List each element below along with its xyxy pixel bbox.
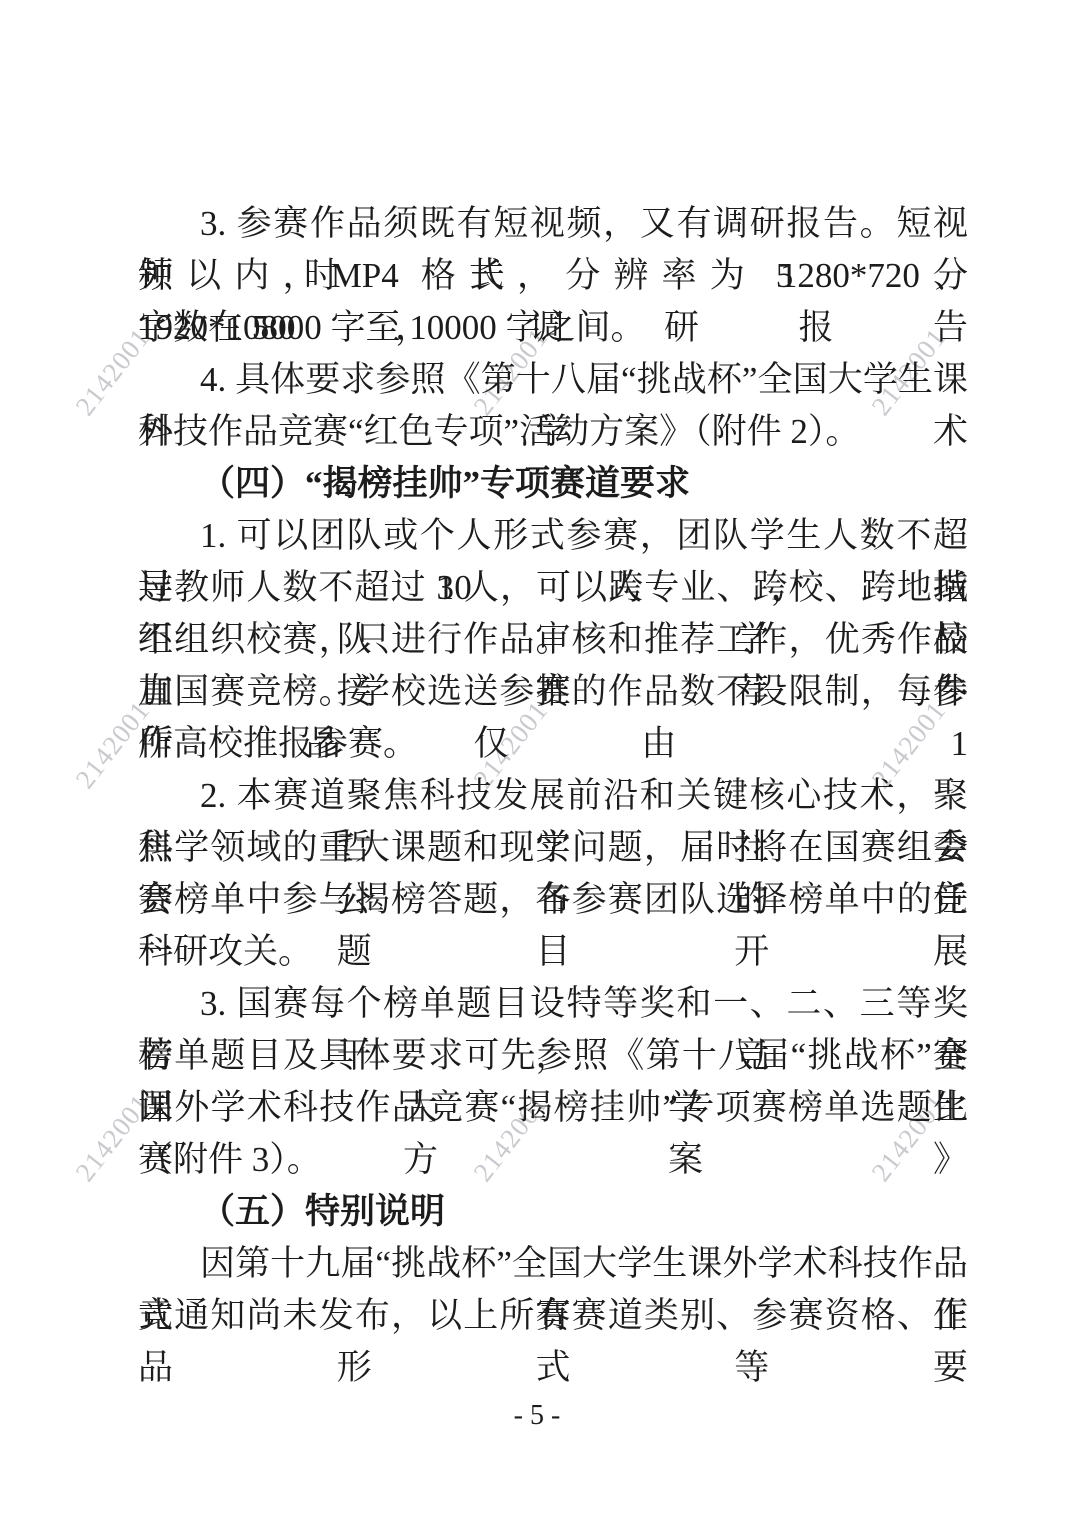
paragraph-line: 赛榜单中参与揭榜答题，各参赛团队选择榜单中的任一题目开展 [138,874,968,926]
page-number: - 5 - [0,1398,1074,1434]
paragraph-line: 课外学术科技作品竞赛“揭榜挂帅”专项赛榜单选题比赛方案》 [138,1082,968,1134]
section-heading: （四）“揭榜挂帅”专项赛道要求 [138,458,968,510]
paragraph-line: 榜单题目及具体要求可先参照《第十八届“挑战杯”全国大学生 [138,1030,968,1082]
paragraph-line: 科技作品竞赛“红色专项”活动方案》（附件 2）。 [138,406,968,458]
paragraph-line: 因第十九届“挑战杯”全国大学生课外学术科技作品竞赛正 [138,1238,968,1290]
paragraph-line: 导教师人数不超过 3 人，可以跨专业、跨校、跨地域组队。学校 [138,562,968,614]
paragraph-line: 1. 可以团队或个人形式参赛，团队学生人数不超过 10 人，指 [138,510,968,562]
paragraph-line: 科学领域的重大课题和现实问题，届时将在国赛组委会公布的竞 [138,822,968,874]
paragraph-line: 式通知尚未发布，以上所有赛道类别、参赛资格、作品形式等要 [138,1290,968,1342]
document-page: 2142001 2142001 2142001 2142001 2142001 … [0,0,1074,1520]
paragraph-line: 2. 本赛道聚焦科技发展前沿和关键核心技术，聚焦哲学社会 [138,770,968,822]
paragraph-line: 3. 参赛作品须既有短视频，又有调研报告。短视频时长 5 分 [138,198,968,250]
paragraph-line: 3. 国赛每个榜单题目设特等奖和一、二、三等奖若干，竞赛 [138,978,968,1030]
paragraph-line: 加国赛竞榜。学校选送参赛的作品数不设限制，每件作品仅由 1 [138,666,968,718]
paragraph-line: 4. 具体要求参照《第十八届“挑战杯”全国大学生课外学术 [138,354,968,406]
paragraph-line: 不组织校赛，只进行作品审核和推荐工作，优秀作品直接推荐参 [138,614,968,666]
section-heading: （五）特别说明 [138,1186,968,1238]
paragraph-line: 钟以内，MP4 格式，分辨率为 1280*720、1920*1080，调研报告 [138,250,968,302]
document-body: 3. 参赛作品须既有短视频，又有调研报告。短视频时长 5 分 钟以内，MP4 格… [138,198,968,1342]
